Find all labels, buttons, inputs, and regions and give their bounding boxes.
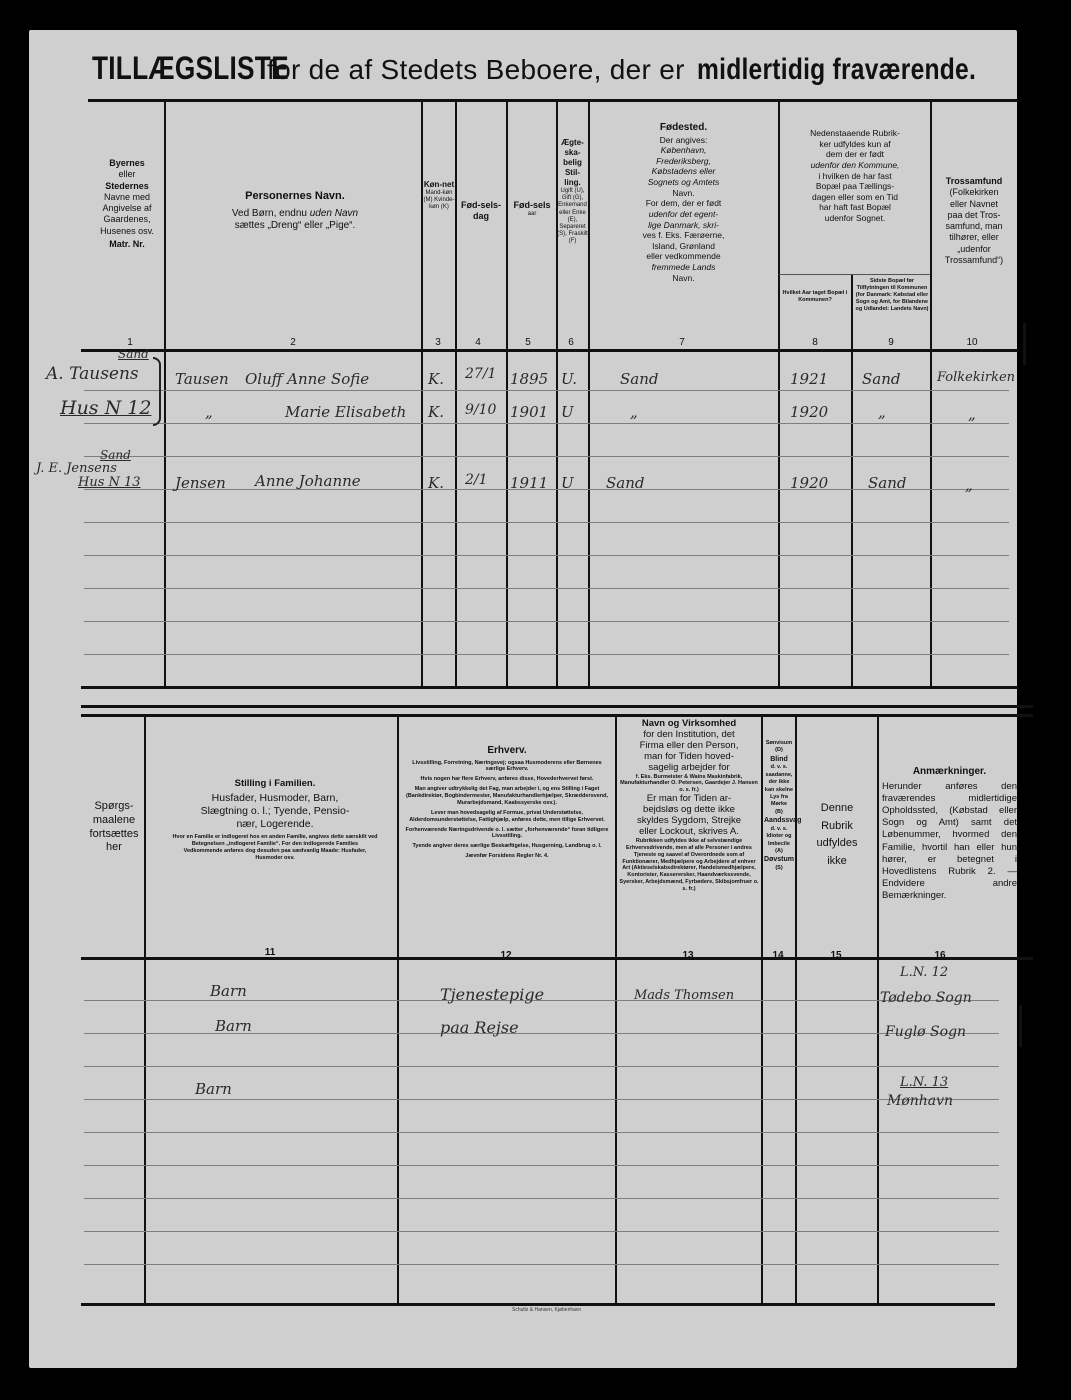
- col12-paragraph: Lever man hovedsagelig af Formue, privat…: [402, 810, 612, 824]
- col-number: 4: [468, 337, 488, 348]
- given-names: Oluff Anne Sofie: [245, 370, 369, 388]
- side-note-line: her: [84, 841, 144, 855]
- year-moved: 1920: [790, 403, 828, 421]
- title-bold-end: midlertidig fraværende.: [697, 50, 976, 90]
- col7-line: Frederiksberg,: [656, 156, 711, 166]
- col3-body: Mand-køn (M) Kvinde-køn (K): [423, 190, 455, 212]
- birthplace: Sand: [620, 370, 658, 388]
- sex: K.: [428, 474, 444, 492]
- col2-body-italic: uden Navn: [310, 208, 358, 219]
- col9-header: Sidste Bopæl før Tilflytningen til Kommu…: [854, 278, 930, 312]
- ruled-line: [84, 555, 1009, 556]
- year-moved: 1921: [790, 370, 828, 388]
- col10-line: (Folkekirken: [933, 187, 1015, 198]
- birth-year: 1901: [510, 403, 548, 421]
- col-number: 13: [678, 950, 698, 961]
- year-moved: 1920: [790, 474, 828, 492]
- col2-body2: sættes „Dreng“ eller „Pige“.: [235, 220, 356, 231]
- col-number: 15: [826, 950, 846, 961]
- place-owner: A. Tausens: [46, 364, 139, 384]
- col-divider-12: [397, 715, 399, 1305]
- birthday: 2/1: [465, 472, 488, 488]
- col8-header: Hvilket Aar taget Bopæl i Kommunen?: [781, 290, 849, 304]
- margin-mark: [1019, 1005, 1022, 1047]
- col1-header: Byernes eller Stedernes Navne med Angive…: [90, 158, 164, 250]
- birth-year: 1911: [510, 474, 548, 492]
- side-note-line: maalene: [84, 814, 144, 828]
- col7-line: Sognets og Amtets: [648, 177, 720, 187]
- col10-line: Trossamfund“): [933, 255, 1015, 266]
- census-form-page: [29, 30, 1017, 1368]
- side-note-line: fortsættes: [84, 828, 144, 842]
- bracket: [153, 357, 161, 426]
- group-8-9-divider: [779, 274, 930, 275]
- col12-paragraph: Man angiver udtrykkelig det Fag, man arb…: [402, 786, 612, 807]
- family-position: Barn: [195, 1080, 232, 1098]
- birthplace: „: [630, 403, 638, 421]
- col13-line: eller Lockout, skrives A.: [619, 827, 759, 838]
- col5-header: Fød-sels aar: [509, 200, 555, 218]
- form-title: TILLÆGSLISTEfor de af Stedets Beboere, d…: [92, 48, 1022, 88]
- ruled-line: [84, 1198, 999, 1199]
- col7-line: eller vedkommende: [596, 251, 771, 262]
- place-house: Hus N 12: [60, 397, 151, 419]
- col10-line: tilhører, eller: [933, 232, 1015, 243]
- col6-heading: Ægte-ska-belig Stil-ling.: [557, 138, 588, 188]
- col-number: 12: [496, 950, 516, 961]
- col-number: 5: [518, 337, 538, 348]
- col13-header: Navn og Virksomhed for den Institution, …: [619, 719, 759, 893]
- group-line: udenfor Sognet.: [781, 213, 929, 224]
- col13-example: f. Eks. Burmeister & Wains Maskinfabrik,…: [619, 774, 759, 795]
- col2-heading: Personernes Navn.: [190, 190, 400, 204]
- group-line: Nedenstaaende Rubrik-: [781, 128, 929, 139]
- printer-imprint: Schultz & Hansen, Kjøbenhavn: [512, 1307, 581, 1313]
- col11-heading: Stilling i Familien.: [160, 778, 390, 790]
- col-number: 9: [881, 337, 901, 348]
- place-parish: Sand: [118, 347, 149, 361]
- lower-table-top-border-2: [81, 714, 1033, 717]
- col7-heading: Fødested.: [596, 122, 771, 135]
- group-line: dagen eller som en Tid: [781, 192, 929, 203]
- col1-footer: Matr. Nr.: [90, 239, 164, 250]
- col1-line: eller: [90, 169, 164, 180]
- sex: K.: [428, 403, 444, 421]
- col12-paragraph: Hvis nogen har flere Erhverv, anføres di…: [402, 776, 612, 783]
- group-line: i hvilken de har fast: [781, 171, 929, 182]
- col11-small-print: Hvor en Familie er indlogeret hos en and…: [160, 834, 390, 862]
- col1-body: Navne med Angivelse af Gaardenes, Husene…: [90, 192, 164, 237]
- col14-line: Sønvisum (D): [764, 740, 794, 755]
- col7-line: Navn.: [596, 273, 771, 284]
- col-number: 6: [561, 337, 581, 348]
- col10-line: eller Navnet: [933, 199, 1015, 210]
- col10-line: „udenfor: [933, 244, 1015, 255]
- margin-mark: [1023, 323, 1026, 365]
- col-number: 10: [962, 337, 982, 348]
- col10-line: samfund, man: [933, 221, 1015, 232]
- surname: Jensen: [175, 474, 226, 492]
- upper-table-bottom-border: [81, 686, 1018, 689]
- col-divider-3: [455, 100, 457, 688]
- col16-heading: Anmærkninger.: [882, 766, 1017, 779]
- previous-residence: Sand: [868, 474, 906, 492]
- col7-line: udenfor det egent-: [649, 209, 718, 219]
- col8-9-group-header: Nedenstaaende Rubrik- ker udfyldes kun a…: [781, 128, 929, 224]
- place-parish: Sand: [100, 448, 131, 462]
- col-divider-7: [778, 100, 780, 688]
- col-divider-13: [615, 715, 617, 1305]
- col1-heading: Byernes: [90, 158, 164, 169]
- upper-header-bottom-border: [81, 349, 1018, 352]
- col12-paragraph: Tyende angiver deres særlige Beskæftigel…: [402, 843, 612, 850]
- col11-line: nær, Logerende.: [160, 818, 390, 831]
- col-divider-14: [761, 715, 763, 1305]
- col14-line: d. v. s. Idioter og Imbecile: [764, 826, 794, 848]
- previous-residence: „: [878, 403, 886, 421]
- group-line: udenfor den Kommune,: [811, 160, 900, 170]
- ruled-line: [84, 1231, 999, 1232]
- col11-line: Husfader, Husmoder, Barn,: [160, 792, 390, 805]
- side-note-line: Spørgs-: [84, 800, 144, 814]
- col16-header: Anmærkninger. Herunder anføres den fravæ…: [882, 766, 1017, 902]
- col12-header: Erhverv. Livsstilling, Forretning, Nærin…: [402, 745, 612, 860]
- col6-header: Ægte-ska-belig Stil-ling. Ugift (U), Gif…: [557, 138, 588, 246]
- lower-table-top-border-1: [81, 705, 1033, 708]
- col7-line: lige Danmark, skri-: [648, 220, 719, 230]
- birthplace: Sand: [606, 474, 644, 492]
- col-divider-16: [877, 715, 879, 1305]
- col-divider-11: [144, 715, 146, 1305]
- birthday: 9/10: [465, 402, 496, 418]
- group-line: har haft fast Bopæl: [781, 202, 929, 213]
- ruled-line: [84, 1132, 999, 1133]
- col1-heading2: Stedernes: [90, 181, 164, 192]
- col16-body: Herunder anføres den fraværendes midlert…: [882, 781, 1017, 903]
- group-line: Bopæl paa Tællings-: [781, 181, 929, 192]
- col12-paragraph: Forhenværende Næringsdrivende o. l. sætt…: [402, 827, 612, 841]
- col7-line: Købstadens eller: [652, 166, 716, 176]
- col-divider-8: [851, 275, 853, 688]
- col11-line: Slægtning o. l.; Tyende, Pensio-: [160, 805, 390, 818]
- col-divider-9: [930, 100, 932, 688]
- col3-header: Køn-net Mand-køn (M) Kvinde-køn (K): [423, 180, 455, 212]
- birth-year: 1895: [510, 370, 548, 388]
- ruled-line: [84, 423, 1009, 424]
- lower-header-bottom-border: [81, 957, 1033, 960]
- ruled-line: [84, 390, 1009, 391]
- place-owner: J. E. Jensens: [36, 461, 117, 476]
- col6-body: Ugift (U), Gift (G), Enkemand eller Enke…: [557, 188, 588, 246]
- col12-paragraph: Jævnfør Forsidens Regler Nr. 4.: [402, 853, 612, 860]
- ruled-line: [84, 588, 1009, 589]
- col15-line: ikke: [798, 853, 876, 871]
- family-position: Barn: [215, 1017, 252, 1035]
- col4-header: Fød-sels-dag: [458, 200, 504, 223]
- col14-line: d. v. s. saadanne, der ikke kan skelne L…: [764, 764, 794, 809]
- col2-header: Personernes Navn. Ved Børn, endnu uden N…: [190, 190, 400, 233]
- col-divider-6: [588, 100, 590, 688]
- col4-heading: Fød-sels-dag: [458, 200, 504, 223]
- col10-header: Trossamfund (Folkekirken eller Navnet pa…: [933, 176, 1015, 266]
- col14-line: (B): [764, 809, 794, 816]
- ruled-line: [84, 621, 1009, 622]
- marital-status: U.: [561, 370, 577, 388]
- col7-line: fremmede Lands: [652, 262, 716, 272]
- col15-line: Rubrik: [798, 818, 876, 836]
- col-number: 8: [805, 337, 825, 348]
- ruled-line: [84, 654, 1009, 655]
- col12-paragraph: Livsstilling, Forretning, Næringsvej; og…: [402, 760, 612, 774]
- col3-heading: Køn-net: [423, 180, 455, 190]
- remarks-line1: L.N. 12: [900, 965, 948, 980]
- col14-line: Aandssvag: [764, 816, 794, 825]
- col-number: 14: [768, 950, 788, 961]
- side-note: Spørgs- maalene fortsættes her: [84, 800, 144, 855]
- marital-status: U: [561, 474, 574, 492]
- col14-line: Blind: [764, 755, 794, 764]
- birthday: 27/1: [465, 366, 496, 382]
- col-number: 7: [672, 337, 692, 348]
- given-names: Anne Johanne: [255, 472, 361, 490]
- col15-line: udfyldes: [798, 835, 876, 853]
- family-position: Barn: [210, 982, 247, 1000]
- col15-line: Denne: [798, 800, 876, 818]
- col15-header: Denne Rubrik udfyldes ikke: [798, 800, 876, 870]
- col10-heading: Trossamfund: [933, 176, 1015, 187]
- col7-line: For dem, der er født: [596, 198, 771, 209]
- col13-heading-line: sagelig arbejder for: [619, 763, 759, 774]
- col14-header: Sønvisum (D) Blind d. v. s. saadanne, de…: [764, 740, 794, 872]
- col14-line: Døvstum: [764, 855, 794, 864]
- remarks-line2: Mønhavn: [887, 1093, 953, 1109]
- religion: Folkekirken: [937, 370, 1015, 385]
- marital-status: U: [561, 403, 574, 421]
- col13-small-print: Rubrikken udfyldes ikke af selvstændige …: [619, 838, 759, 893]
- col11-header: Stilling i Familien. Husfader, Husmoder,…: [160, 778, 390, 862]
- ruled-line: [84, 522, 1009, 523]
- group-line: dem der er født: [781, 149, 929, 160]
- surname: Tausen: [175, 370, 229, 388]
- col7-line: Island, Grønland: [596, 241, 771, 252]
- place-house: Hus N 13: [78, 475, 141, 490]
- col-divider-1: [164, 100, 166, 688]
- col-number: 2: [283, 337, 303, 348]
- previous-residence: Sand: [862, 370, 900, 388]
- col7-line: Navn.: [596, 188, 771, 199]
- ruled-line: [84, 1066, 999, 1067]
- ruled-line: [84, 1099, 999, 1100]
- ruled-line: [84, 1264, 999, 1265]
- ruled-line: [84, 456, 1009, 457]
- col5-heading: Fød-sels: [509, 200, 555, 211]
- col-number: 3: [428, 337, 448, 348]
- surname: „: [205, 403, 213, 421]
- col7-line: ves f. Eks. Færøerne,: [596, 230, 771, 241]
- col10-line: paa det Tros-: [933, 210, 1015, 221]
- given-names: Marie Elisabeth: [285, 403, 406, 421]
- col-number: 11: [260, 947, 280, 958]
- title-middle: for de af Stedets Beboere, der er: [267, 54, 685, 85]
- col-number: 16: [930, 950, 950, 961]
- occupation: paa Rejse: [440, 1018, 519, 1037]
- occupation: Tjenestepige: [440, 985, 544, 1004]
- ruled-line: [84, 1165, 999, 1166]
- remarks-line1: L.N. 13: [900, 1075, 948, 1090]
- employer: Mads Thomsen: [634, 988, 734, 1003]
- col-divider-15: [795, 715, 797, 1305]
- col7-line: København,: [661, 145, 707, 155]
- upper-table-top-border: [88, 99, 1018, 102]
- lower-table-bottom-border: [81, 1303, 995, 1306]
- title-bold-start: TILLÆGSLISTE: [92, 48, 236, 88]
- religion: „: [968, 405, 976, 423]
- remarks-line1: Fuglø Sogn: [885, 1024, 966, 1040]
- col12-heading: Erhverv.: [402, 745, 612, 758]
- col-divider-4: [506, 100, 508, 688]
- col7-line: Der angives:: [596, 135, 771, 146]
- col5-body: aar: [509, 211, 555, 218]
- group-line: ker udfyldes kun af: [781, 139, 929, 150]
- col14-line: (S): [764, 865, 794, 872]
- col7-header: Fødested. Der angives: København, Freder…: [596, 122, 771, 283]
- sex: K.: [428, 370, 444, 388]
- col14-line: (A): [764, 848, 794, 855]
- remarks-line2: Tødebo Sogn: [880, 990, 972, 1006]
- religion: „: [965, 476, 973, 494]
- col2-body1: Ved Børn, endnu: [232, 208, 307, 219]
